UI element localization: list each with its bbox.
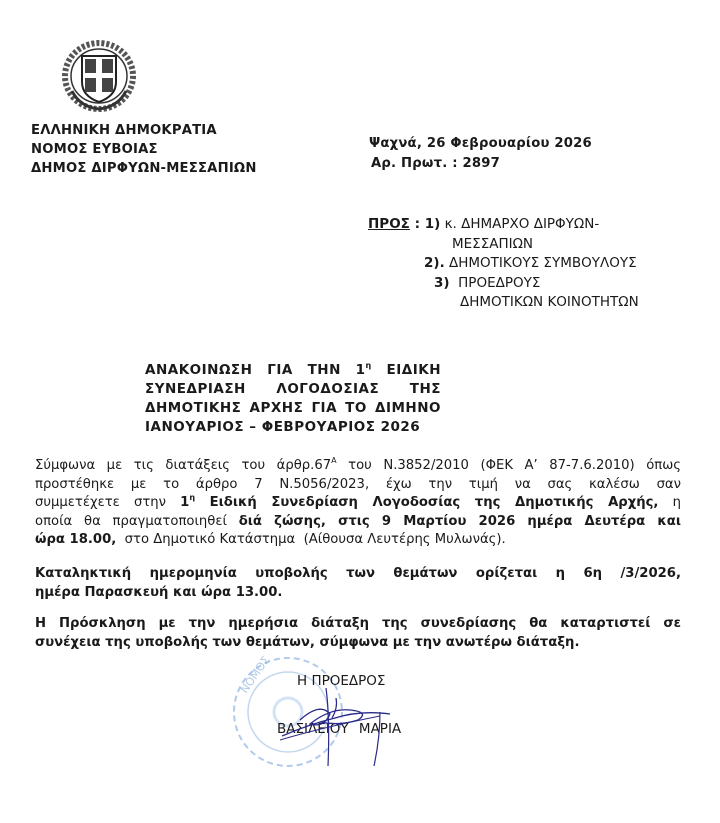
announcement-title: ΑΝΑΚΟΙΝΩΣΗ ΓΙΑ ΤΗΝ 1η ΕΙΔΙΚΗ ΣΥΝΕΔΡΙΑΣΗ … — [145, 361, 441, 437]
document-meta: Ψαχνά, 26 Φεβρουαρίου 2026 Αρ. Πρωτ. : 2… — [369, 134, 592, 174]
recipient-1-continued: ΜΕΣΣΑΠΙΩΝ — [368, 235, 639, 255]
authority-line-prefecture: ΝΟΜΟΣ ΕΥΒΟΙΑΣ — [31, 140, 257, 159]
body-paragraph-3: Η Πρόσκληση με την ημερήσια διάταξη της … — [35, 615, 681, 652]
recipient-1: ΠΡΟΣ : 1) κ. ΔΗΜΑΡΧΟ ΔΙΡΦΥΩΝ- — [368, 215, 639, 235]
authority-line-municipality: ΔΗΜΟΣ ΔΙΡΦΥΩΝ-ΜΕΣΣΑΠΙΩΝ — [31, 159, 257, 178]
recipient-2: 2). ΔΗΜΟΤΙΚΟΥΣ ΣΥΜΒΟΥΛΟΥΣ — [368, 254, 639, 274]
recipients-label: ΠΡΟΣ — [368, 216, 410, 232]
protocol-number: Αρ. Πρωτ. : 2897 — [369, 154, 592, 174]
place-date: Ψαχνά, 26 Φεβρουαρίου 2026 — [369, 134, 592, 154]
handwritten-signature-icon — [280, 688, 425, 766]
recipients-block: ΠΡΟΣ : 1) κ. ΔΗΜΑΡΧΟ ΔΙΡΦΥΩΝ- ΜΕΣΣΑΠΙΩΝ … — [368, 215, 639, 313]
authority-line-country: ΕΛΛΗΝΙΚΗ ΔΗΜΟΚΡΑΤΙΑ — [31, 121, 257, 140]
recipient-3: 3) ΠΡΟΕΔΡΟΥΣ — [368, 274, 639, 294]
recipient-3-continued: ΔΗΜΟΤΙΚΩΝ ΚΟΙΝΟΤΗΤΩΝ — [368, 293, 639, 313]
signatory-title: Η ΠΡΟΕΔΡΟΣ — [297, 673, 385, 689]
body-paragraph-2: Καταληκτική ημερομηνία υποβολής των θεμά… — [35, 565, 681, 602]
body-paragraph-1: Σύμφωνα με τις διατάξεις του άρθρ.67Α το… — [35, 457, 681, 550]
issuing-authority: ΕΛΛΗΝΙΚΗ ΔΗΜΟΚΡΑΤΙΑ ΝΟΜΟΣ ΕΥΒΟΙΑΣ ΔΗΜΟΣ … — [31, 121, 257, 178]
greek-coat-of-arms-icon — [58, 36, 140, 116]
